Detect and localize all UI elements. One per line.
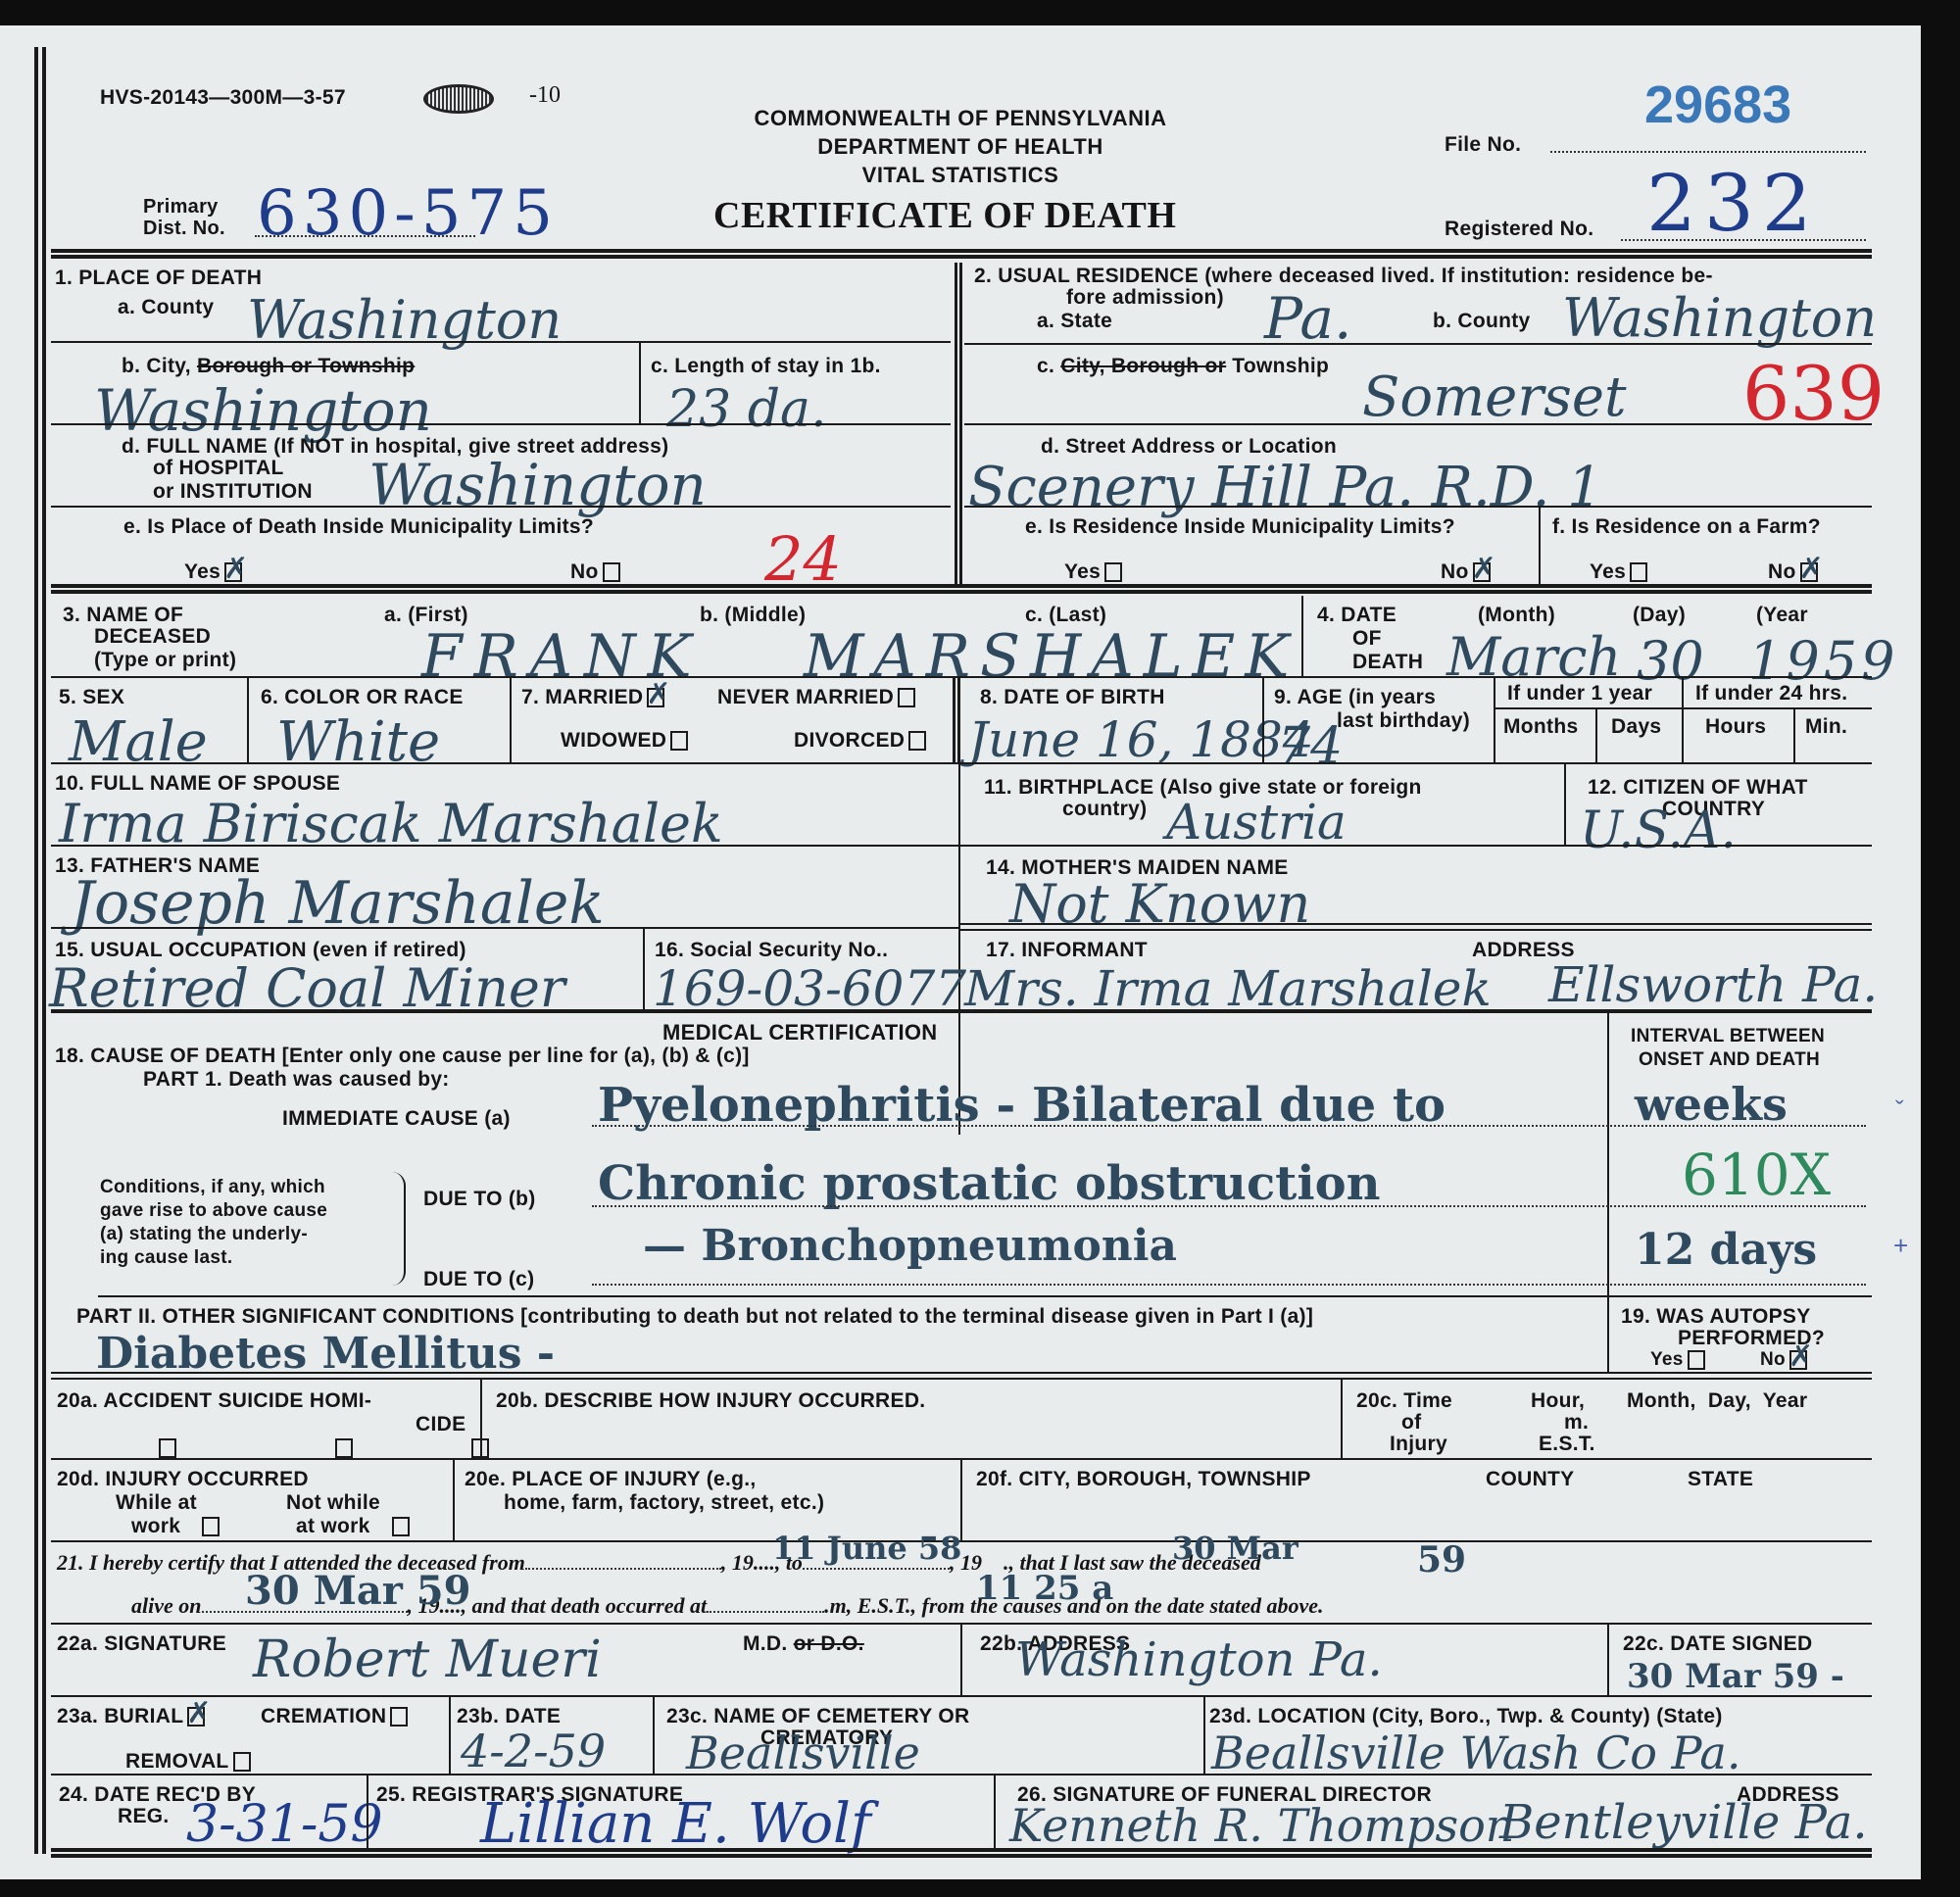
length-of-stay-value: 23 da.	[666, 384, 827, 435]
describe-injury-label: 20b. DESCRIBE HOW INJURY OCCURRED.	[496, 1389, 925, 1412]
residence-state-label: a. State	[1037, 310, 1112, 332]
yes-checkbox[interactable]	[1104, 562, 1122, 582]
hospital-label-3: or INSTITUTION	[153, 480, 313, 503]
rule	[1539, 508, 1541, 584]
rule	[51, 762, 1872, 764]
part1-label: PART 1. Death was caused by:	[143, 1068, 450, 1091]
interval-label-2: ONSET AND DEATH	[1639, 1050, 1820, 1071]
registered-no-label: Registered No.	[1445, 218, 1593, 240]
rule	[51, 423, 951, 425]
residence-farm-yes[interactable]: Yes	[1590, 560, 1647, 583]
death-inside-limits-yes[interactable]: Yes	[184, 560, 242, 583]
bracket	[392, 1172, 406, 1286]
hour-label-3: E.S.T.	[1539, 1433, 1595, 1455]
dotted-line	[592, 1284, 1866, 1286]
city-label: b. City, Borough or Township	[122, 355, 415, 377]
cause-b-value: Chronic prostatic obstruction	[598, 1160, 1381, 1207]
age-label-1: 9. AGE (in years	[1274, 686, 1436, 708]
widowed-checkbox[interactable]	[670, 731, 688, 751]
death-year-value: 1959	[1748, 635, 1898, 688]
while-work-checkbox[interactable]	[202, 1517, 220, 1536]
hospital-label-2: of HOSPITAL	[153, 457, 284, 479]
dob-label: 8. DATE OF BIRTH	[980, 686, 1165, 708]
cause-b2-value: — Bronchopneumonia	[643, 1225, 1177, 1268]
rule	[1494, 676, 1495, 762]
rule	[449, 1695, 451, 1775]
cemetery-label-1: 23c. NAME OF CEMETERY OR	[666, 1705, 969, 1727]
interval-label-1: INTERVAL BETWEEN	[1631, 1027, 1825, 1047]
dotted-line	[592, 1205, 1866, 1207]
conditions-label-3: (a) stating the underly-	[100, 1225, 308, 1245]
rule	[1607, 1623, 1609, 1695]
rule	[51, 1009, 1872, 1013]
married-checkbox[interactable]	[647, 688, 664, 707]
file-no-value: 29683	[1644, 78, 1791, 131]
interval-c-value: 12 days	[1635, 1229, 1817, 1272]
autopsy-label-1: 19. WAS AUTOPSY	[1621, 1305, 1811, 1328]
date-signed-label: 22c. DATE SIGNED	[1623, 1632, 1812, 1655]
father-value: Joseph Marshalek	[71, 874, 605, 933]
rule	[639, 343, 641, 423]
autopsy-no-checkbox[interactable]	[1789, 1350, 1807, 1370]
burial-checkbox[interactable]	[187, 1707, 205, 1727]
ssn-label: 16. Social Security No..	[655, 939, 888, 961]
left-margin-double-rule	[34, 47, 46, 1854]
red-annotation-639: 639	[1742, 357, 1885, 431]
rule	[510, 676, 512, 762]
section-divider-2	[51, 584, 1872, 594]
rule	[453, 1458, 455, 1540]
day-label: (Day)	[1633, 604, 1686, 626]
age-value: 74	[1278, 721, 1343, 772]
month-day-year-label: Month, Day, Year	[1627, 1389, 1807, 1412]
birthplace-label-2: country)	[1062, 798, 1147, 820]
time-of-injury-label-1: 20c. Time	[1356, 1389, 1452, 1412]
death-inside-limits-no[interactable]: No	[570, 560, 620, 583]
usual-residence-label-2: fore admission)	[1066, 286, 1224, 309]
primary-dist-value: 630-575	[257, 182, 559, 245]
not-work-checkbox[interactable]	[392, 1517, 410, 1536]
citizen-value: U.S.A.	[1580, 805, 1737, 856]
time-of-injury-label-2: of	[1401, 1411, 1421, 1434]
injury-type-label-2: CIDE	[416, 1413, 465, 1435]
attended-to-value: 30 Mar	[1172, 1532, 1298, 1564]
primary-dist-label-1: Primary	[143, 196, 219, 218]
name-label-3: (Type or print)	[94, 649, 236, 671]
date-recd-label-2: REG.	[118, 1805, 170, 1827]
rule	[51, 927, 958, 929]
rule	[1682, 676, 1684, 762]
under-1yr-label: If under 1 year	[1507, 682, 1652, 705]
length-of-stay-label: c. Length of stay in 1b.	[651, 355, 881, 377]
spouse-value: Irma Biriscak Marshalek	[59, 798, 723, 851]
date-of-death-label-1: 4. DATE	[1317, 604, 1396, 626]
registrar-signature-value: Lillian E. Wolf	[480, 1797, 871, 1852]
margin-mark: +	[1893, 1231, 1908, 1261]
birthplace-value: Austria	[1166, 798, 1347, 847]
citizen-label-1: 12. CITIZEN OF WHAT	[1588, 776, 1808, 799]
while-work-label-2[interactable]: work	[131, 1515, 220, 1537]
residence-city-label: c. City, Borough or Township	[1037, 355, 1329, 377]
widowed-option[interactable]: WIDOWED	[561, 729, 688, 752]
street-address-label: d. Street Address or Location	[1041, 435, 1337, 458]
autopsy-yes-checkbox[interactable]	[1688, 1350, 1705, 1370]
divorced-checkbox[interactable]	[908, 731, 926, 751]
days-label: Days	[1611, 715, 1661, 738]
informant-value: Mrs. Irma Marshalek	[964, 964, 1492, 1013]
interval-b-value: 610X	[1682, 1146, 1831, 1203]
cremation-checkbox[interactable]	[390, 1707, 408, 1727]
alive-on-value: 30 Mar 59	[245, 1572, 470, 1611]
margin-mark: ˇ	[1895, 1095, 1904, 1126]
sex-label: 5. SEX	[59, 686, 124, 708]
burial-location-label: 23d. LOCATION (City, Boro., Twp. & Count…	[1209, 1705, 1723, 1727]
interval-a-value: weeks	[1635, 1082, 1788, 1127]
signature-label: 22a. SIGNATURE	[57, 1632, 226, 1655]
hour-label-2: m.	[1564, 1411, 1589, 1434]
min-label: Min.	[1805, 715, 1847, 738]
death-inside-limits-label: e. Is Place of Death Inside Municipality…	[123, 515, 594, 538]
conditions-label-1: Conditions, if any, which	[100, 1178, 325, 1198]
conditions-label-2: gave rise to above cause	[100, 1201, 327, 1222]
residence-city-value: Somerset	[1362, 370, 1626, 425]
never-married-checkbox[interactable]	[898, 688, 915, 707]
not-work-label-2[interactable]: at work	[296, 1515, 410, 1537]
place-of-injury-label-2: home, farm, factory, street, etc.)	[504, 1491, 824, 1514]
informant-address-value: Ellsworth Pa.	[1548, 960, 1878, 1009]
file-no-label: File No.	[1445, 133, 1521, 156]
residence-farm-label: f. Is Residence on a Farm?	[1552, 515, 1821, 538]
ssn-value: 169-03-6077	[653, 964, 966, 1013]
death-county-value: Washington	[247, 294, 562, 347]
hours-label: Hours	[1705, 715, 1766, 738]
informant-label: 17. INFORMANT	[986, 939, 1148, 961]
rule	[51, 676, 1872, 678]
rule	[960, 1623, 962, 1695]
attended-from-value: 11 June 58	[772, 1532, 961, 1564]
funeral-director-signature: Kenneth R. Thompson	[1009, 1803, 1514, 1848]
rule	[51, 845, 1872, 847]
rule	[1564, 762, 1566, 847]
year-label: (Year	[1756, 604, 1808, 626]
rule	[1262, 676, 1264, 762]
physician-address-value: Washington Pa.	[1015, 1636, 1383, 1683]
burial-option[interactable]: 23a. BURIAL	[57, 1705, 205, 1727]
no-checkbox[interactable]	[1800, 562, 1818, 582]
rule	[1301, 596, 1303, 676]
red-annotation-24: 24	[764, 529, 842, 590]
rule	[964, 343, 1872, 345]
date-recd-value: 3-31-59	[186, 1799, 383, 1850]
injury-type-label: 20a. ACCIDENT SUICIDE HOMI-	[57, 1389, 371, 1412]
medical-certification-heading: MEDICAL CERTIFICATION	[662, 1021, 937, 1045]
death-city-value: Washington	[94, 382, 432, 439]
date-of-death-label-2: OF	[1352, 627, 1382, 650]
married-option[interactable]: 7. MARRIED	[521, 686, 664, 708]
yes-checkbox[interactable]	[1630, 562, 1647, 582]
rule	[367, 1774, 368, 1848]
conditions-label-4: ing cause last.	[100, 1248, 232, 1269]
autopsy-yes[interactable]: Yes	[1650, 1350, 1705, 1371]
rule	[1607, 1011, 1609, 1301]
cemetery-value: Beallsville	[686, 1730, 920, 1775]
no-checkbox[interactable]	[1473, 562, 1491, 582]
part2-label: PART II. OTHER SIGNIFICANT CONDITIONS [c…	[76, 1305, 1313, 1328]
section-divider-3	[51, 1372, 1872, 1380]
hour-label-1: Hour,	[1531, 1389, 1585, 1412]
form-suffix: -10	[529, 82, 561, 109]
residence-farm-no[interactable]: No	[1768, 560, 1818, 583]
time-of-injury-label-3: Injury	[1390, 1433, 1447, 1455]
funeral-address-value: Bentleyville Pa.	[1499, 1799, 1868, 1846]
rule	[51, 1695, 1872, 1697]
burial-date-value: 4-2-59	[461, 1728, 606, 1774]
suicide-checkbox[interactable]	[335, 1438, 353, 1458]
agency-line-2: DEPARTMENT OF HEALTH	[686, 134, 1235, 160]
rule	[964, 423, 1872, 425]
residence-state-value: Pa.	[1264, 290, 1351, 347]
rule	[247, 676, 249, 762]
rule	[643, 927, 645, 1009]
residence-county-label: b. County	[1433, 310, 1531, 332]
residence-inside-limits-label: e. Is Residence Inside Municipality Limi…	[1025, 515, 1455, 538]
while-work-label-1: While at	[116, 1491, 197, 1514]
rule	[1793, 707, 1795, 762]
age-label-2: last birthday)	[1337, 709, 1470, 732]
no-checkbox[interactable]	[603, 562, 620, 582]
rule	[1494, 707, 1872, 709]
bottom-divider	[51, 1848, 1872, 1858]
part2-value: Diabetes Mellitus -	[96, 1333, 555, 1376]
name-label-2: DECEASED	[94, 625, 211, 648]
rule	[51, 1774, 1872, 1775]
accident-checkbox[interactable]	[159, 1438, 176, 1458]
attended-year-value: 59	[1417, 1542, 1466, 1578]
rule	[51, 506, 951, 508]
header-divider	[51, 249, 1872, 259]
cause-a-value: Pyelonephritis - Bilateral due to	[598, 1082, 1445, 1129]
injury-county-label: COUNTY	[1486, 1468, 1574, 1490]
page-title: CERTIFICATE OF DEATH	[713, 194, 1176, 237]
injury-occurred-label: 20d. INJURY OCCURRED	[57, 1468, 309, 1490]
agency-line-1: COMMONWEALTH OF PENNSYLVANIA	[686, 106, 1235, 131]
place-of-death-label: 1. PLACE OF DEATH	[55, 267, 262, 289]
rule	[953, 676, 960, 762]
section-divider	[955, 263, 962, 584]
registered-no-value: 232	[1646, 165, 1820, 243]
never-married-option[interactable]: NEVER MARRIED	[717, 686, 915, 708]
autopsy-no[interactable]: No	[1760, 1350, 1807, 1371]
agency-line-3: VITAL STATISTICS	[686, 163, 1235, 188]
month-label: (Month)	[1478, 604, 1555, 626]
injury-state-label: STATE	[1688, 1468, 1753, 1490]
rule	[958, 923, 1872, 931]
burial-location-value: Beallsville Wash Co Pa.	[1211, 1730, 1740, 1775]
rule	[653, 1695, 655, 1775]
physician-signature: Robert Mueri	[253, 1634, 602, 1685]
rule	[960, 1458, 962, 1540]
yes-checkbox[interactable]	[224, 562, 242, 582]
md-label: M.D. or D.O.	[743, 1632, 864, 1655]
divorced-option[interactable]: DIVORCED	[794, 729, 926, 752]
cremation-option[interactable]: CREMATION	[261, 1705, 408, 1727]
due-to-c-label: DUE TO (c)	[423, 1268, 534, 1290]
rule	[1595, 707, 1597, 762]
residence-inside-limits-no[interactable]: No	[1441, 560, 1491, 583]
rule	[51, 341, 951, 343]
primary-dist-label-2: Dist. No.	[143, 218, 225, 239]
removal-option[interactable]: REMOVAL	[125, 1750, 251, 1773]
date-of-death-label-3: DEATH	[1352, 651, 1423, 673]
rule	[1607, 1301, 1609, 1374]
place-of-injury-label-1: 20e. PLACE OF INJURY (e.g.,	[465, 1468, 757, 1490]
occupation-value: Retired Coal Miner	[49, 962, 565, 1015]
rule	[480, 1378, 482, 1458]
removal-checkbox[interactable]	[233, 1752, 251, 1772]
not-work-label-1: Not while	[286, 1491, 380, 1514]
residence-county-value: Washington	[1562, 292, 1877, 345]
residence-inside-limits-yes[interactable]: Yes	[1064, 560, 1122, 583]
rule	[994, 1774, 996, 1848]
immediate-cause-label: IMMEDIATE CAUSE (a)	[282, 1107, 511, 1130]
name-label-1: 3. NAME OF	[63, 604, 183, 626]
county-label: a. County	[118, 296, 214, 318]
death-day-value: 30	[1637, 635, 1704, 688]
date-signed-value: 30 Mar 59 -	[1627, 1660, 1844, 1693]
usual-residence-label: 2. USUAL RESIDENCE (where deceased lived…	[974, 265, 1713, 287]
due-to-b-label: DUE TO (b)	[423, 1188, 536, 1210]
middle-name-label: b. (Middle)	[700, 604, 806, 626]
form-code: HVS-20143—300M—3-57	[100, 86, 346, 109]
death-time-value: 11 25 a	[976, 1572, 1113, 1605]
spouse-label: 10. FULL NAME OF SPOUSE	[55, 772, 340, 795]
rule	[964, 506, 1872, 508]
rule	[98, 1295, 1872, 1297]
injury-city-label: 20f. CITY, BOROUGH, TOWNSHIP	[976, 1468, 1311, 1490]
under-24hr-label: If under 24 hrs.	[1695, 682, 1847, 705]
file-no-dotted-line	[1550, 151, 1866, 153]
cause-of-death-label: 18. CAUSE OF DEATH [Enter only one cause…	[55, 1045, 750, 1067]
rule	[1341, 1378, 1343, 1458]
rule	[1203, 1695, 1205, 1775]
months-label: Months	[1503, 715, 1578, 738]
union-label-seal-icon	[423, 84, 494, 114]
race-label: 6. COLOR OR RACE	[261, 686, 464, 708]
